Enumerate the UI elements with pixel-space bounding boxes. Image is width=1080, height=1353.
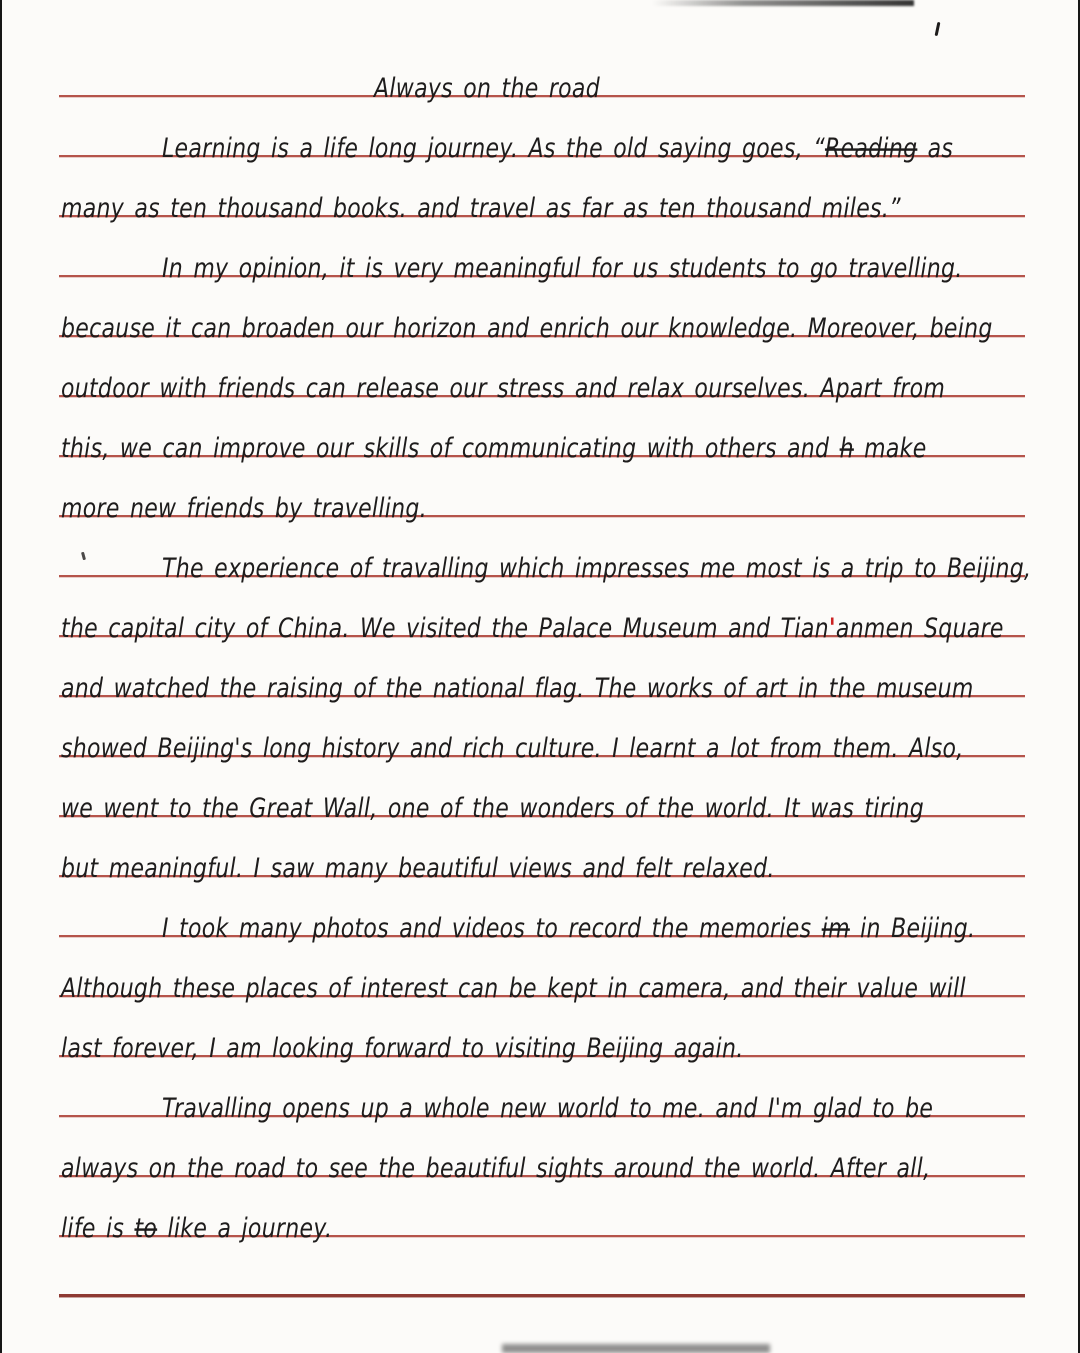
handwritten-line: the capital city of China. We visited th… — [59, 577, 1025, 637]
handwritten-line: showed Beijing's long history and rich c… — [59, 697, 1025, 757]
handwritten-line: this, we can improve our skills of commu… — [59, 397, 1025, 457]
handwritten-line: but meaningful. I saw many beautiful vie… — [59, 817, 1025, 877]
handwritten-line: always on the road to see the beautiful … — [59, 1117, 1025, 1177]
handwritten-line: and watched the raising of the national … — [59, 637, 1025, 697]
scanned-notebook-page: Always on the roadLearning is a life lon… — [0, 0, 1080, 1353]
ink-speck — [935, 22, 941, 36]
empty-ruled-line — [59, 1237, 1025, 1297]
handwritten-line: I took many photos and videos to record … — [59, 877, 1025, 937]
handwritten-line: outdoor with friends can release our str… — [59, 337, 1025, 397]
essay-title-line: Always on the road — [59, 37, 1025, 97]
handwritten-line: Although these places of interest can be… — [59, 937, 1025, 997]
handwritten-line: last forever, I am looking forward to vi… — [59, 997, 1025, 1057]
handwritten-line: we went to the Great Wall, one of the wo… — [59, 757, 1025, 817]
handwritten-line: Learning is a life long journey. As the … — [59, 97, 1025, 157]
handwritten-line: because it can broaden our horizon and e… — [59, 277, 1025, 337]
scan-artifact-top — [652, 0, 914, 6]
scan-artifact-bottom — [502, 1344, 770, 1353]
handwritten-line: more new friends by travelling. — [59, 457, 1025, 517]
handwritten-line: The experience of travalling which impre… — [59, 517, 1025, 577]
handwritten-line: many as ten thousand books. and travel a… — [59, 157, 1025, 217]
handwritten-line: life is to like a journey. — [59, 1177, 1025, 1237]
handwritten-line: In my opinion, it is very meaningful for… — [59, 217, 1025, 277]
handwritten-line: Travalling opens up a whole new world to… — [59, 1057, 1025, 1117]
ruled-writing-area: Always on the roadLearning is a life lon… — [59, 37, 1025, 1297]
